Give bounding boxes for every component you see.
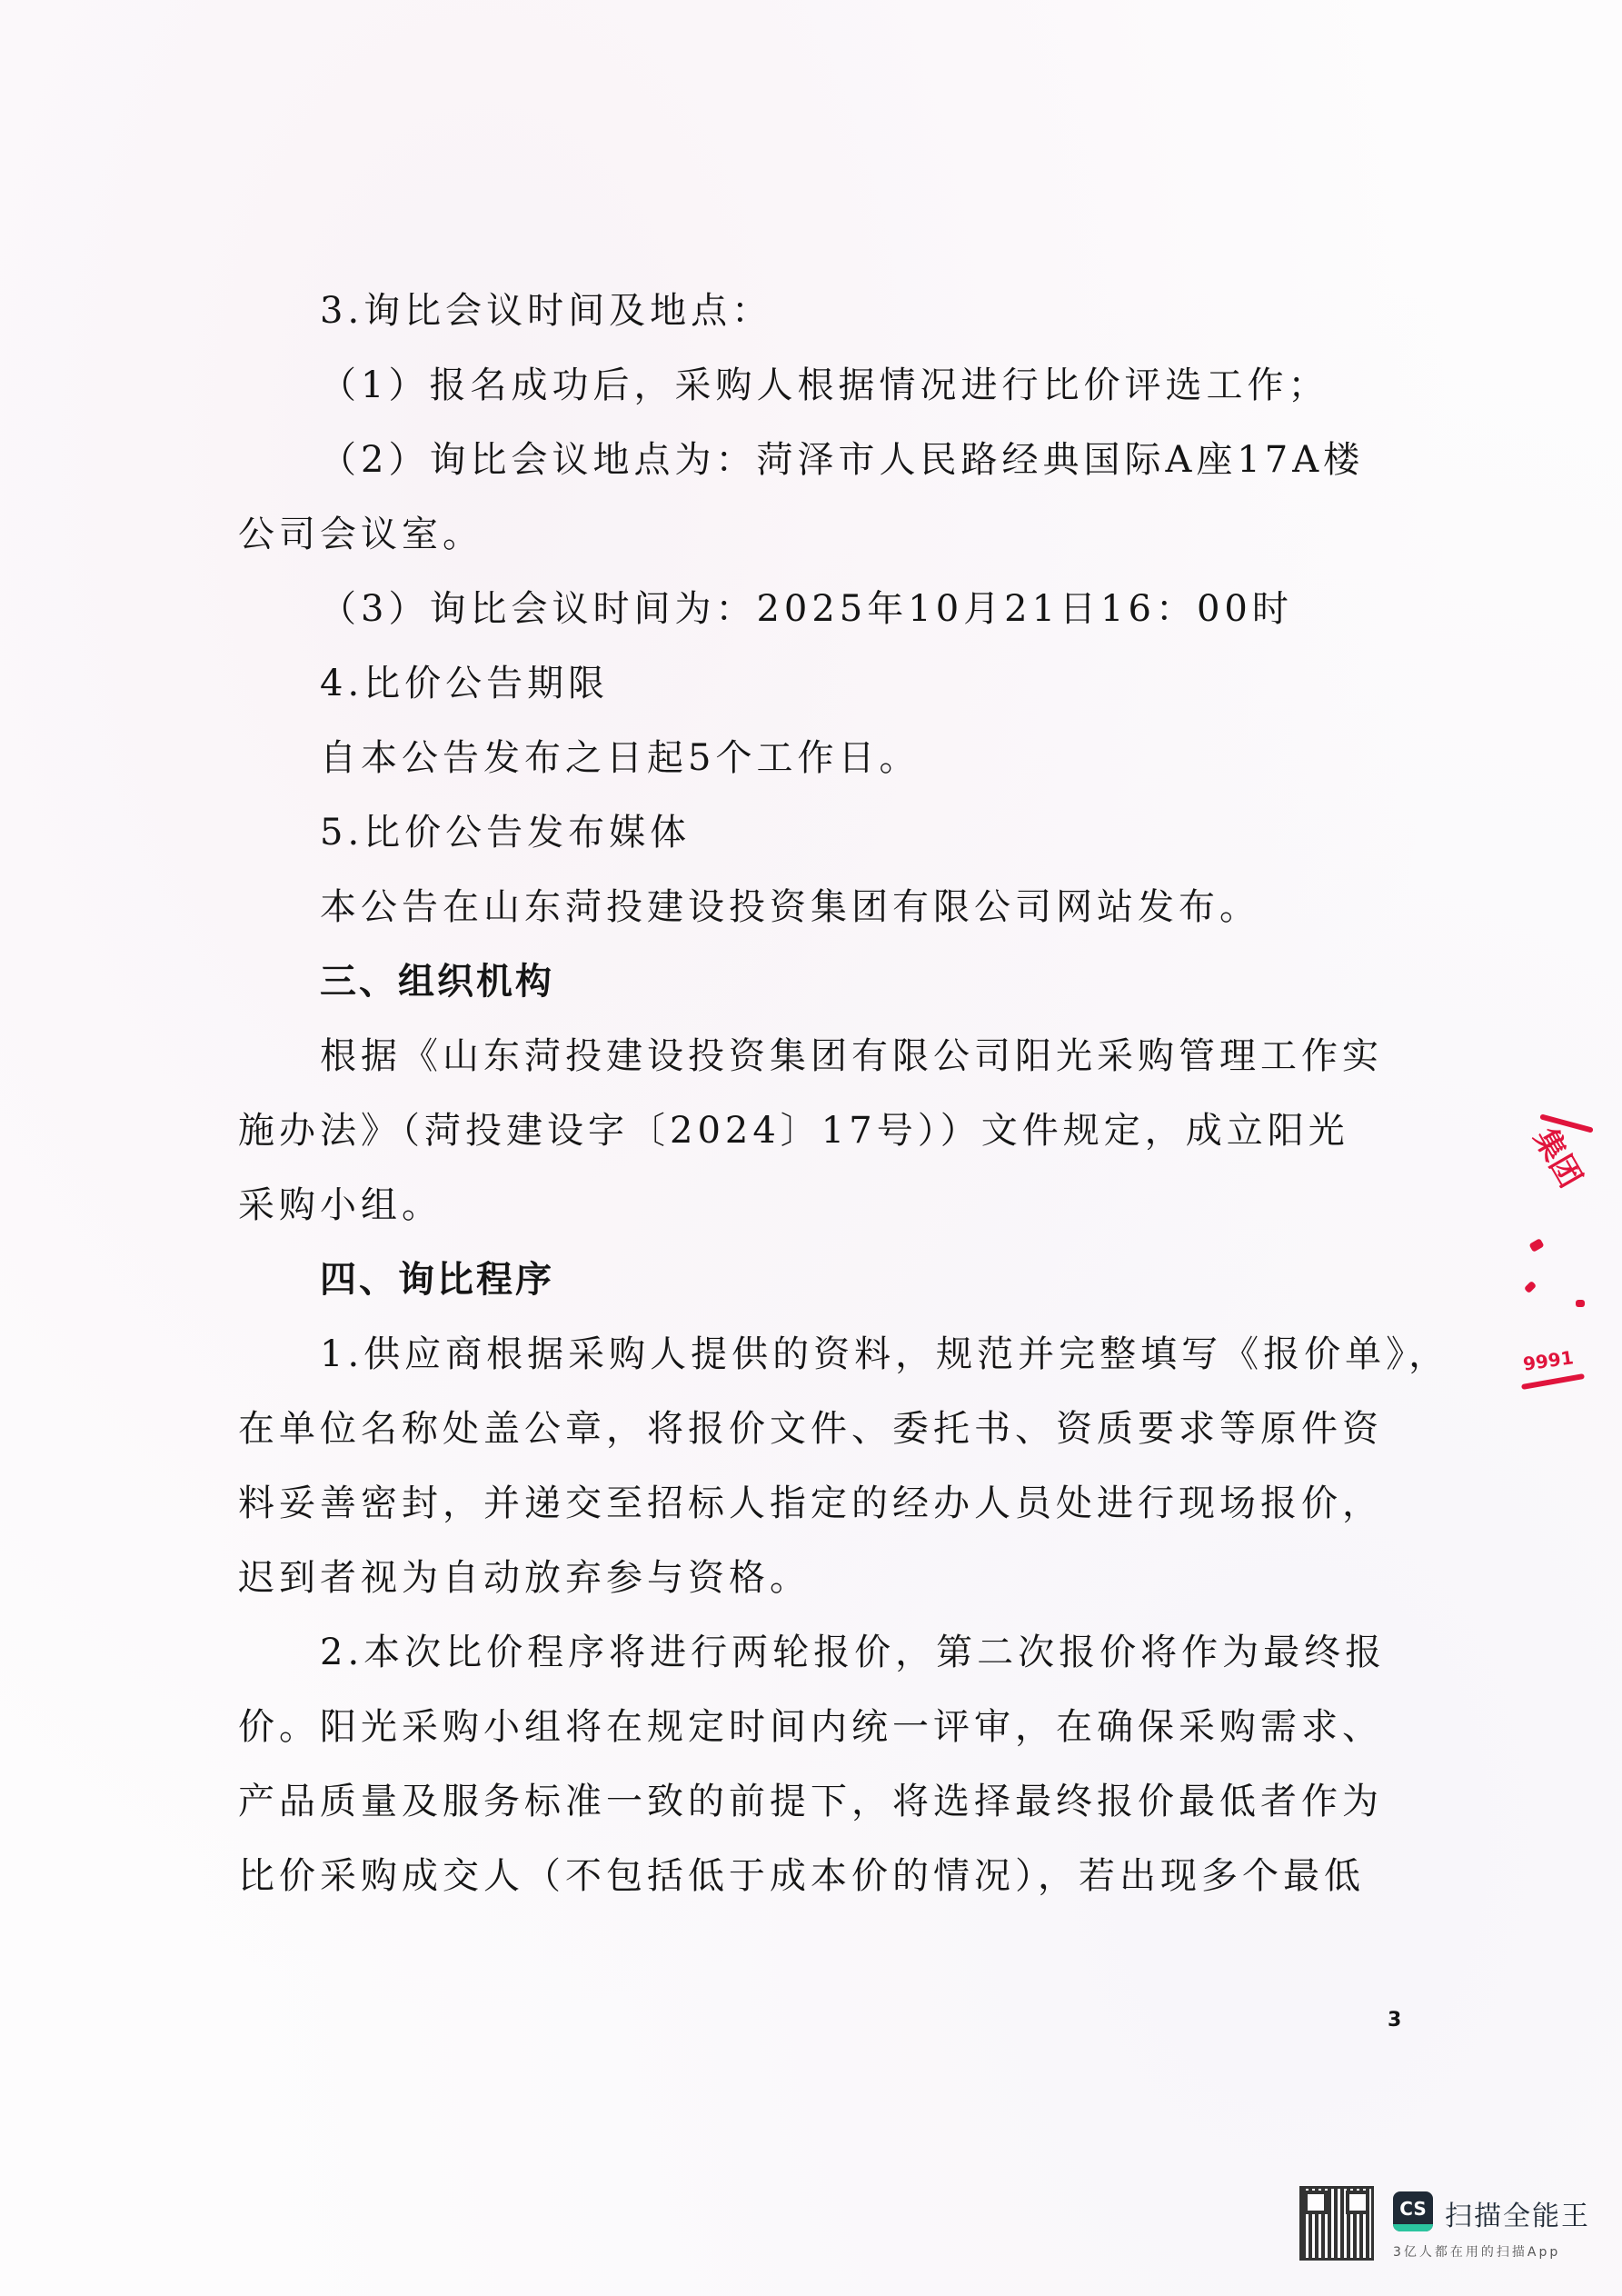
stamp-star-fragment [1524, 1281, 1537, 1293]
text-line: 4.比价公告期限 [320, 662, 609, 705]
text-line: 迟到者视为自动放弃参与资格。 [238, 1556, 811, 1600]
text-line: 比价采购成交人（不包括低于成本价的情况），若出现多个最低 [238, 1854, 1365, 1898]
text-line: 公司会议室。 [238, 513, 483, 556]
brand-name: 扫描全能王 [1445, 2193, 1590, 2233]
text-line: 本公告在山东菏投建设投资集团有限公司网站发布。 [320, 885, 1260, 929]
text-line: 产品质量及服务标准一致的前提下，将选择最终报价最低者作为 [238, 1780, 1383, 1823]
text-line: 3.询比会议时间及地点： [320, 289, 772, 333]
stamp-star-fragment [1528, 1238, 1544, 1253]
camscanner-logo-icon: CS [1393, 2191, 1433, 2231]
text-line: （3）询比会议时间为：2025年10月21日16：00时 [320, 587, 1293, 631]
text-line: 2.本次比价程序将进行两轮报价，第二次报价将作为最终报 [320, 1631, 1386, 1674]
red-seal-stamp: 集团 9991 [1519, 1113, 1622, 1423]
text-line: 施办法》（菏投建设字〔2024〕17号））文件规定，成立阳光 [238, 1109, 1349, 1153]
stamp-star-fragment [1576, 1300, 1585, 1307]
page-number: 3 [1388, 2009, 1401, 2031]
text-line: 在单位名称处盖公章，将报价文件、委托书、资质要求等原件资 [238, 1407, 1383, 1451]
stamp-ring-fragment [1521, 1373, 1585, 1390]
text-line: （1）报名成功后，采购人根据情况进行比价评选工作； [320, 364, 1328, 407]
qr-code-icon [1299, 2186, 1374, 2261]
text-line: 价。阳光采购小组将在规定时间内统一评审，在确保采购需求、 [238, 1705, 1383, 1749]
text-line: 采购小组。 [238, 1183, 443, 1227]
brand-tagline: 3亿人都在用的扫描App [1393, 2242, 1560, 2261]
logo-text: CS [1399, 2198, 1426, 2220]
text-line: 自本公告发布之日起5个工作日。 [320, 736, 920, 780]
section-heading: 四、询比程序 [320, 1258, 554, 1302]
text-line: 根据《山东菏投建设投资集团有限公司阳光采购管理工作实 [320, 1034, 1383, 1078]
text-line: （2）询比会议地点为：菏泽市人民路经典国际A座17A楼 [320, 438, 1364, 482]
text-line: 5.比价公告发布媒体 [320, 811, 691, 854]
text-line: 料妥善密封，并递交至招标人指定的经办人员处进行现场报价， [238, 1482, 1383, 1525]
text-line: 1.供应商根据采购人提供的资料，规范并完整填写《报价单》， [320, 1333, 1449, 1376]
section-heading: 三、组织机构 [320, 960, 554, 1003]
stamp-digits: 9991 [1522, 1346, 1575, 1375]
camscanner-watermark: CS 扫描全能王 3亿人都在用的扫描App [1299, 2186, 1622, 2277]
